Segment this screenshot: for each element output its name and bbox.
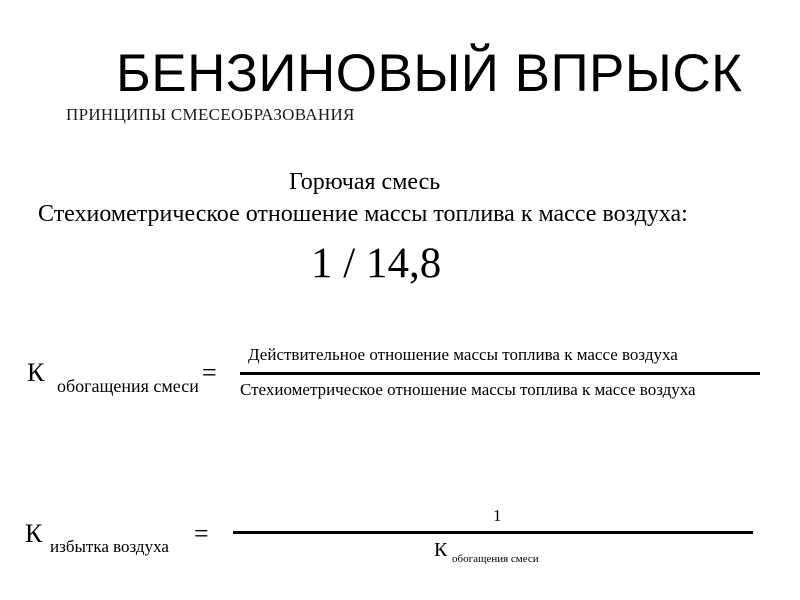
enrichment-subscript: обогащения смеси (57, 376, 199, 396)
fraction-bar (233, 531, 753, 534)
equals-sign: = (202, 358, 217, 388)
slide-subtitle: ПРИНЦИПЫ СМЕСЕОБРАЗОВАНИЯ (66, 105, 355, 125)
enrichment-symbol: К (27, 358, 44, 388)
enrichment-numerator: Действительное отношение массы топлива к… (248, 345, 678, 365)
fraction-bar (240, 372, 760, 375)
mixture-heading: Горючая смесь (289, 168, 440, 196)
excess-air-numerator: 1 (493, 506, 502, 526)
excess-air-denominator-subscript: обогащения смеси (452, 552, 539, 566)
equals-sign: = (194, 519, 209, 549)
stoichiometric-ratio-value: 1 / 14,8 (311, 240, 441, 288)
excess-air-denominator-symbol: К (434, 538, 447, 562)
stoichiometric-ratio-label: Стехиометрическое отношение массы топлив… (38, 200, 688, 228)
excess-air-symbol: К (25, 519, 42, 549)
excess-air-subscript: избытка воздуха (50, 537, 169, 557)
slide-title: БЕНЗИНОВЫЙ ВПРЫСК (116, 44, 742, 104)
enrichment-denominator: Стехиометрическое отношение массы топлив… (240, 380, 696, 400)
